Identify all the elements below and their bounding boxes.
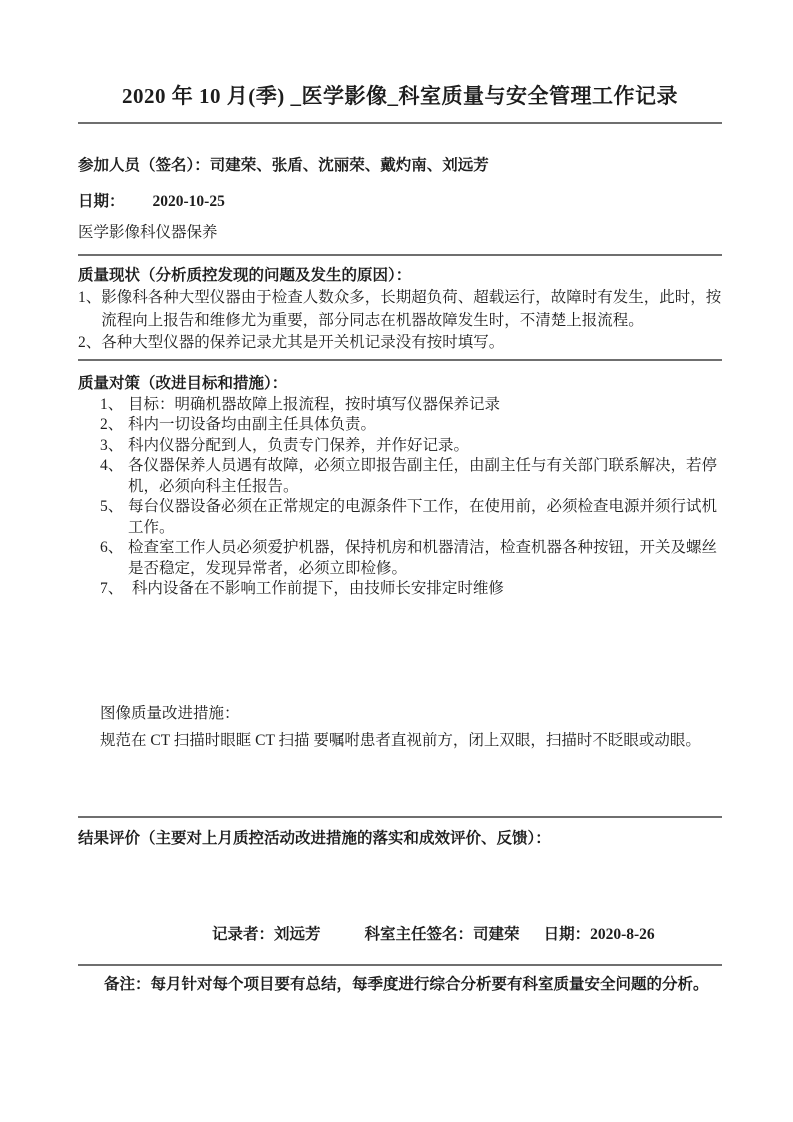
quality-status-heading: 质量现状（分析质控发现的问题及发生的原因）： <box>78 265 722 287</box>
list-item-number: 7、 <box>100 579 128 600</box>
footer-note: 备注：每月针对每个项目要有总结，每季度进行综合分析要有科室质量安全问题的分析。 <box>78 974 722 996</box>
list-item-number: 6、 <box>100 538 128 579</box>
image-quality-section: 图像质量改进措施： 规范在 CT 扫描时眼眶 CT 扫描 要嘱咐患者直视前方，闭… <box>100 700 722 754</box>
date-value: 2020-10-25 <box>153 193 225 210</box>
divider-above-evaluation <box>78 816 722 818</box>
director-label: 科室主任签名： <box>365 926 474 943</box>
divider-above-quality-status <box>78 254 722 256</box>
recorder-name: 刘远芳 <box>274 926 321 943</box>
list-item-text: 影像科各种大型仪器由于检查人数众多，长期超负荷、超载运行，故障时有发生，此时，按… <box>101 287 722 332</box>
date-label: 日期： <box>78 193 125 210</box>
recorder-label: 记录者： <box>212 926 274 943</box>
list-item-text: 科内仪器分配到人，负责专门保养，并作好记录。 <box>128 436 722 457</box>
director-signature: 科室主任签名：司建荣 <box>365 924 520 946</box>
list-item: 3、 科内仪器分配到人，负责专门保养，并作好记录。 <box>100 436 722 457</box>
list-item-text: 各种大型仪器的保养记录尤其是开关机记录没有按时填写。 <box>101 332 722 355</box>
result-evaluation-heading: 结果评价（主要对上月质控活动改进措施的落实和成效评价、反馈）： <box>78 828 722 850</box>
countermeasures-heading: 质量对策（改进目标和措施）： <box>78 373 722 395</box>
list-item-text: 每台仪器设备必须在正常规定的电源条件下工作，在使用前，必须检查电源并须行试机工作… <box>128 497 722 538</box>
list-item-text: 各仪器保养人员遇有故障，必须立即报告副主任，由副主任与有关部门联系解决，若停机，… <box>128 456 722 497</box>
list-item-text: 科内一切设备均由副主任具体负责。 <box>128 415 722 436</box>
recorder-signature: 记录者：刘远芳 <box>212 924 321 946</box>
document-page: 2020 年 10 月(季) _医学影像_科室质量与安全管理工作记录 参加人员（… <box>0 0 793 1122</box>
list-item: 1、 目标：明确机器故障上报流程，按时填写仪器保养记录 <box>100 395 722 416</box>
divider-under-title <box>78 122 722 124</box>
list-item-number: 2、 <box>100 415 128 436</box>
date-line: 日期：2020-10-25 <box>78 191 722 213</box>
participants-label: 参加人员（签名）： <box>78 157 210 174</box>
participants-names: 司建荣、张盾、沈丽荣、戴灼南、刘远芳 <box>210 157 489 174</box>
list-item: 2、 科内一切设备均由副主任具体负责。 <box>100 415 722 436</box>
list-item: 4、 各仪器保养人员遇有故障，必须立即报告副主任，由副主任与有关部门联系解决，若… <box>100 456 722 497</box>
list-item-number: 5、 <box>100 497 128 538</box>
list-item-number: 4、 <box>100 456 128 497</box>
list-item-text: 目标：明确机器故障上报流程，按时填写仪器保养记录 <box>128 395 722 416</box>
signature-date-label: 日期： <box>544 926 591 943</box>
list-item: 7、 科内设备在不影响工作前提下，由技师长安排定时维修 <box>100 579 722 600</box>
page-title: 2020 年 10 月(季) _医学影像_科室质量与安全管理工作记录 <box>78 0 722 108</box>
signature-date: 日期：2020-8-26 <box>544 924 655 946</box>
list-item-number: 3、 <box>100 436 128 457</box>
quality-status-list: 1、 影像科各种大型仪器由于检查人数众多，长期超负荷、超载运行，故障时有发生，此… <box>78 287 722 355</box>
divider-above-countermeasures <box>78 359 722 361</box>
list-item-number: 2、 <box>78 332 101 355</box>
list-item: 1、 影像科各种大型仪器由于检查人数众多，长期超负荷、超载运行，故障时有发生，此… <box>78 287 722 332</box>
list-item-number: 1、 <box>100 395 128 416</box>
document-content: 2020 年 10 月(季) _医学影像_科室质量与安全管理工作记录 参加人员（… <box>0 0 793 996</box>
list-item-number: 1、 <box>78 287 101 332</box>
list-item-text: 科内设备在不影响工作前提下，由技师长安排定时维修 <box>128 579 722 600</box>
signature-row: 记录者：刘远芳 科室主任签名：司建荣 日期：2020-8-26 <box>78 924 722 946</box>
image-quality-text: 规范在 CT 扫描时眼眶 CT 扫描 要嘱咐患者直视前方，闭上双眼，扫描时不眨眼… <box>100 727 722 754</box>
director-name: 司建荣 <box>473 926 520 943</box>
signature-date-value: 2020-8-26 <box>590 926 655 943</box>
list-item: 2、 各种大型仪器的保养记录尤其是开关机记录没有按时填写。 <box>78 332 722 355</box>
list-item: 5、 每台仪器设备必须在正常规定的电源条件下工作，在使用前，必须检查电源并须行试… <box>100 497 722 538</box>
participants-line: 参加人员（签名）：司建荣、张盾、沈丽荣、戴灼南、刘远芳 <box>78 155 722 177</box>
list-item-text: 检查室工作人员必须爱护机器，保持机房和机器清洁，检查机器各种按钮，开关及螺丝是否… <box>128 538 722 579</box>
divider-above-note <box>78 964 722 966</box>
list-item: 6、 检查室工作人员必须爱护机器，保持机房和机器清洁，检查机器各种按钮，开关及螺… <box>100 538 722 579</box>
countermeasures-list: 1、 目标：明确机器故障上报流程，按时填写仪器保养记录 2、 科内一切设备均由副… <box>100 395 722 600</box>
subject-line: 医学影像科仪器保养 <box>78 222 722 244</box>
image-quality-heading: 图像质量改进措施： <box>100 700 722 727</box>
